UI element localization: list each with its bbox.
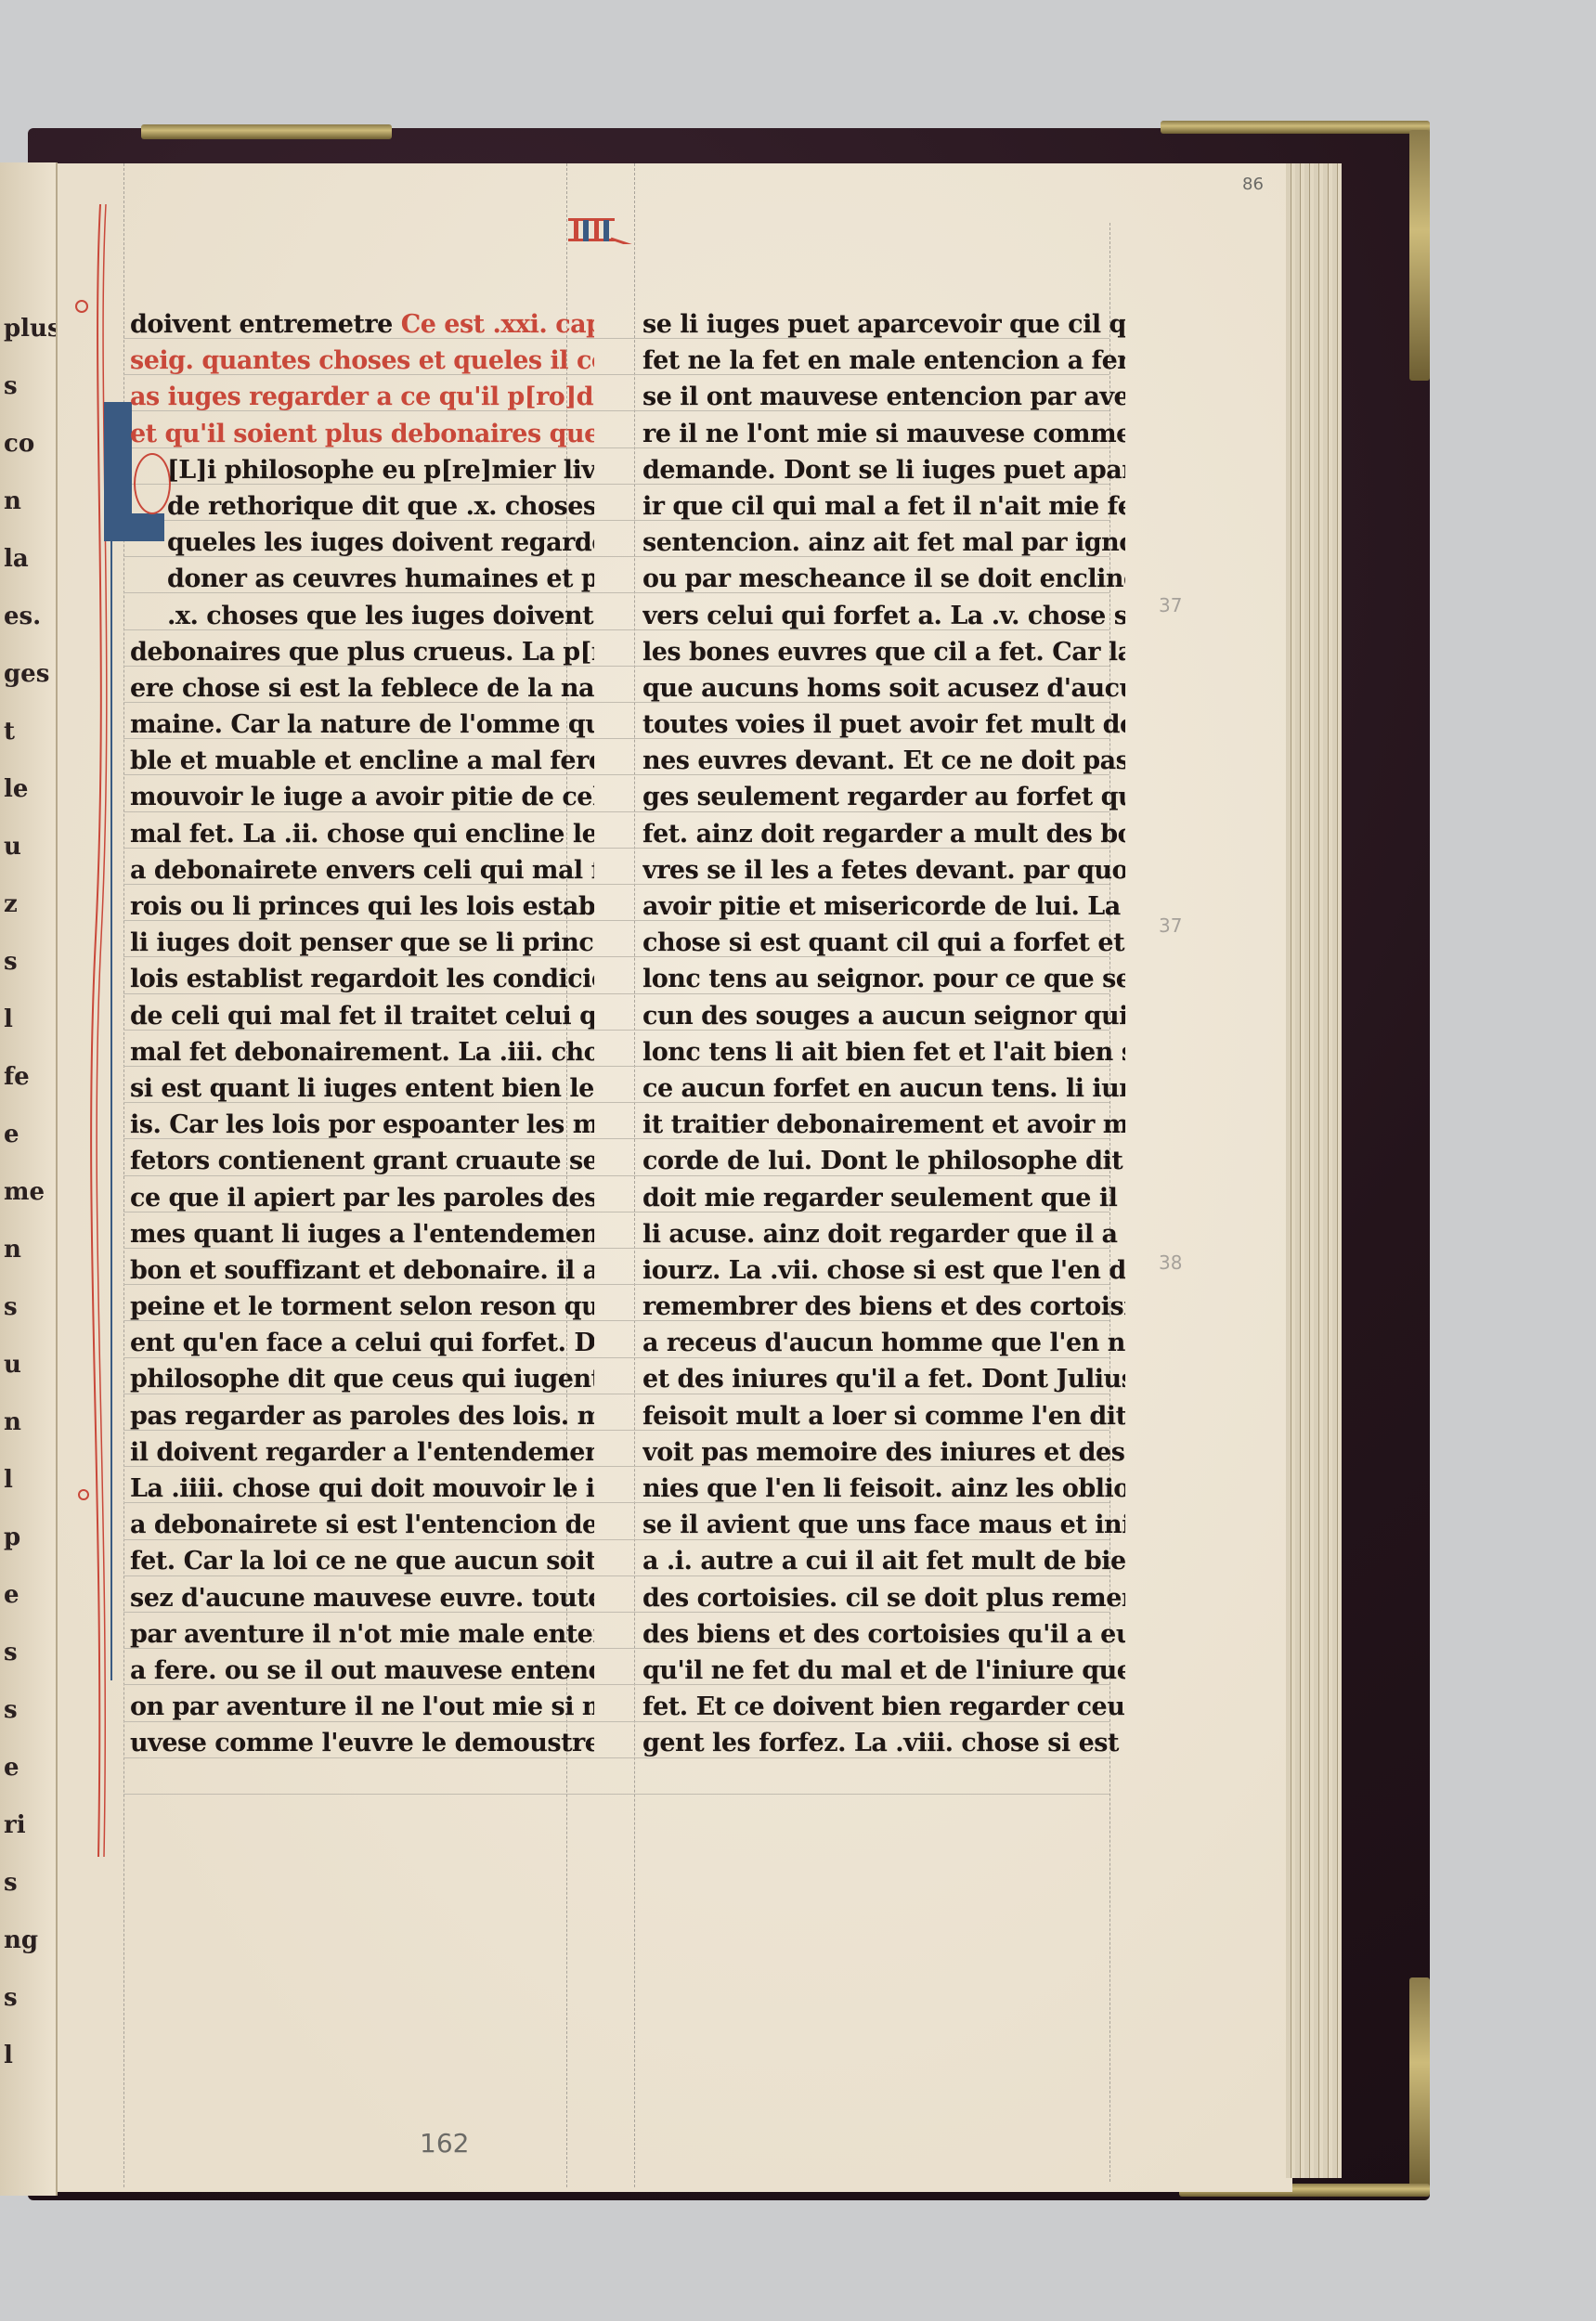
text-line: doit mie regarder seulement que il est c… bbox=[642, 1180, 1125, 1216]
text-line: ble et muable et encline a mal fere doit bbox=[130, 743, 594, 779]
metal-corner-right-upper bbox=[1409, 130, 1430, 381]
text-line: lonc tens li ait bien fet et l'ait bien … bbox=[642, 1034, 1125, 1070]
text-line: nies que l'en li feisoit. ainz les oblio… bbox=[642, 1471, 1125, 1507]
facing-page-text: ges bbox=[4, 656, 56, 692]
text-column-right: se li iuges puet aparcevoir que cil qui … bbox=[642, 306, 1125, 1762]
facing-page-text: fe bbox=[4, 1059, 56, 1095]
text-line: avoir pitie et misericorde de lui. La .v… bbox=[642, 888, 1125, 925]
text-line: fet ne la fet en male entencion a fere. … bbox=[642, 343, 1125, 379]
facing-page-text: p bbox=[4, 1520, 56, 1555]
text-line: feisoit mult a loer si comme l'en dit. C… bbox=[642, 1398, 1125, 1434]
folio-number-top: 86 bbox=[1242, 175, 1264, 194]
text-line: vres se il les a fetes devant. par quoi … bbox=[642, 852, 1125, 888]
facing-page-text: z bbox=[4, 887, 56, 922]
text-line: vers celui qui forfet a. La .v. chose si… bbox=[642, 598, 1125, 634]
text-line: nes euvres devant. Et ce ne doit pas le … bbox=[642, 743, 1125, 779]
facing-page-text: n bbox=[4, 484, 56, 519]
chapter-number-mark bbox=[568, 216, 633, 244]
text-line: philosophe dit que ceus qui iugent ne do… bbox=[130, 1361, 594, 1397]
text-line: mal fet. La .ii. chose qui encline le iu… bbox=[130, 816, 594, 852]
text-line: fet. ainz doit regarder a mult des bones… bbox=[642, 816, 1125, 852]
text-line: remembrer des biens et des cortoisies qu… bbox=[642, 1289, 1125, 1325]
text-line: fetors contienent grant cruaute selon bbox=[130, 1143, 594, 1179]
text-line: sentencion. ainz ait fet mal par ignoran… bbox=[642, 525, 1125, 561]
text-line: chose si est quant cil qui a forfet et s… bbox=[642, 925, 1125, 961]
text-line: ir que cil qui mal a fet il n'ait mie fe… bbox=[642, 488, 1125, 525]
facing-page-text: s bbox=[4, 1865, 56, 1900]
text-line: se li iuges puet aparcevoir que cil qui … bbox=[642, 306, 1125, 343]
text-line: a .i. autre a cui il ait fet mult de bie… bbox=[642, 1543, 1125, 1579]
folio-number-bottom: 162 bbox=[420, 2128, 469, 2159]
text-line: ent qu'en face a celui qui forfet. Dont … bbox=[130, 1325, 594, 1361]
text-line: des biens et des cortoisies qu'il a eu d… bbox=[642, 1616, 1125, 1653]
text-line: ce aucun forfet en aucun tens. li iures … bbox=[642, 1070, 1125, 1107]
facing-page-text: le bbox=[4, 772, 56, 807]
facing-page-text: u bbox=[4, 1347, 56, 1382]
text-line: it traitier debonairement et avoir miser… bbox=[642, 1107, 1125, 1143]
page-edges bbox=[1286, 163, 1342, 2178]
text-line: maine. Car la nature de l'omme qui est f… bbox=[130, 707, 594, 743]
text-line: rois ou li princes qui les lois establis… bbox=[130, 888, 594, 925]
metal-corner-top-right bbox=[1161, 121, 1430, 134]
facing-page-text: l bbox=[4, 1002, 56, 1037]
text-line: mes quant li iuges a l'entendement de la… bbox=[130, 1216, 594, 1252]
facing-page-text: l bbox=[4, 2038, 56, 2073]
text-line: re il ne l'ont mie si mauvese comme l'eu… bbox=[642, 416, 1125, 452]
text-line: seig. quantes choses et queles il convie… bbox=[130, 343, 594, 379]
facing-page-text: plus bbox=[4, 311, 56, 346]
text-line: se il ont mauvese entencion par aventu bbox=[642, 379, 1125, 415]
text-line: des cortoisies. cil se doit plus remembr… bbox=[642, 1580, 1125, 1616]
text-line: mouvoir le iuge a avoir pitie de celi qu… bbox=[130, 779, 594, 815]
facing-page-text: u bbox=[4, 829, 56, 864]
facing-page-text: s bbox=[4, 1692, 56, 1728]
text-line: pas regarder as paroles des lois. mes bbox=[130, 1398, 594, 1434]
text-line: on par aventure il ne l'out mie si ma bbox=[130, 1689, 594, 1725]
facing-page-text: e bbox=[4, 1750, 56, 1785]
facing-page-text: s bbox=[4, 1635, 56, 1670]
facing-page-text: s bbox=[4, 1290, 56, 1325]
facing-page-text: n bbox=[4, 1232, 56, 1267]
text-line: queles les iuges doivent regarder par bbox=[130, 525, 594, 561]
text-line: debonaires que plus crueus. La p[re]mi bbox=[130, 634, 594, 670]
text-line: lois establist regardoit les condicions bbox=[130, 961, 594, 997]
text-line: li iuges doit penser que se li princes q… bbox=[130, 925, 594, 961]
text-line: a debonairete envers celi qui mal fet si… bbox=[130, 852, 594, 888]
text-line: toutes voies il puet avoir fet mult de b… bbox=[642, 707, 1125, 743]
facing-page-text: la bbox=[4, 541, 56, 577]
facing-page-text: t bbox=[4, 714, 56, 749]
facing-page-text: me bbox=[4, 1174, 56, 1210]
facing-page-text: l bbox=[4, 1462, 56, 1498]
text-line: a fere. ou se il out mauvese entenci bbox=[130, 1653, 594, 1689]
facing-page-text: e bbox=[4, 1117, 56, 1152]
text-line: se il avient que uns face maus et iniure… bbox=[642, 1507, 1125, 1543]
text-line: is. Car les lois por espoanter les mau bbox=[130, 1107, 594, 1143]
facing-page-text: ng bbox=[4, 1923, 56, 1958]
text-line: .x. choses que les iuges doivent estre p… bbox=[130, 598, 594, 634]
facing-page-text: ri bbox=[4, 1808, 56, 1843]
facing-page-text: s bbox=[4, 944, 56, 979]
margin-note-1: 37 bbox=[1159, 594, 1182, 616]
text-line: cun des souges a aucun seignor qui par m… bbox=[642, 998, 1125, 1034]
text-line: a debonairete si est l'entencion de celi… bbox=[130, 1507, 594, 1543]
facing-page-text: e bbox=[4, 1577, 56, 1613]
text-line: [L]i philosophe eu p[re]mier livre crueu… bbox=[130, 452, 594, 488]
text-line: a receus d'aucun homme que l'en ne fet d… bbox=[642, 1325, 1125, 1361]
text-line: voit pas memoire des iniures et des vile bbox=[642, 1434, 1125, 1471]
text-line: peine et le torment selon reson que les … bbox=[130, 1289, 594, 1325]
text-line: ce que il apiert par les paroles des loi… bbox=[130, 1180, 594, 1216]
text-line: ges seulement regarder au forfet qu'il a bbox=[642, 779, 1125, 815]
text-line: doivent entremetre Ce est .xxi. cap. en bbox=[130, 306, 594, 343]
text-line: fet. Et ce doivent bien regarder ceus qu… bbox=[642, 1689, 1125, 1725]
text-line: bon et souffizant et debonaire. il apele… bbox=[130, 1252, 594, 1289]
text-line: doner as ceuvres humaines et prevuent ce… bbox=[130, 561, 594, 597]
text-line: mal fet debonairement. La .iii. chose bbox=[130, 1034, 594, 1070]
facing-page-text: s bbox=[4, 369, 56, 404]
metal-corner-top-left bbox=[141, 124, 392, 139]
text-line: as iuges regarder a ce qu'il p[ro]dignen… bbox=[130, 379, 594, 415]
facing-page-fragment: plussconlaes.gestleuzslfeemensunlpesseri… bbox=[0, 162, 58, 2196]
text-line: ere chose si est la feblece de la nature… bbox=[130, 670, 594, 707]
text-line: fet. Car la loi ce ne que aucun soit a c… bbox=[130, 1543, 594, 1579]
text-column-left: doivent entremetre Ce est .xxi. cap. ens… bbox=[130, 306, 594, 1762]
text-line: demande. Dont se li iuges puet aparcevo bbox=[642, 452, 1125, 488]
text-line: li acuse. ainz doit regarder que il a es… bbox=[642, 1216, 1125, 1252]
text-line: ou par mescheance il se doit encliner en bbox=[642, 561, 1125, 597]
text-line: les bones euvres que cil a fet. Car la l… bbox=[642, 634, 1125, 670]
facing-page-text: co bbox=[4, 426, 56, 461]
metal-corner-right-lower bbox=[1409, 1977, 1430, 2191]
text-line: par aventure il n'ot mie male entencion bbox=[130, 1616, 594, 1653]
margin-note-3: 38 bbox=[1159, 1251, 1182, 1274]
facing-page-text: es. bbox=[4, 599, 56, 634]
facing-page-text: n bbox=[4, 1405, 56, 1440]
text-line: et des iniures qu'il a fet. Dont Julius … bbox=[642, 1361, 1125, 1397]
text-line: iourz. La .vii. chose si est que l'en do… bbox=[642, 1252, 1125, 1289]
facing-page-text: s bbox=[4, 1980, 56, 2016]
text-line: de rethorique dit que .x. choses sont as bbox=[130, 488, 594, 525]
text-line: lonc tens au seignor. pour ce que se il … bbox=[642, 961, 1125, 997]
text-line: que aucuns homs soit acusez d'aucun forf… bbox=[642, 670, 1125, 707]
ruling-line bbox=[123, 1794, 1109, 1795]
text-line: La .iiii. chose qui doit mouvoir le iuge bbox=[130, 1471, 594, 1507]
text-line: si est quant li iuges entent bien les lo bbox=[130, 1070, 594, 1107]
text-line: qu'il ne fet du mal et de l'iniure que c… bbox=[642, 1653, 1125, 1689]
text-line: de celi qui mal fet il traitet celui qui bbox=[130, 998, 594, 1034]
text-line: sez d'aucune mauvese euvre. toute voies bbox=[130, 1580, 594, 1616]
text-line: il doivent regarder a l'entendement des … bbox=[130, 1434, 594, 1471]
text-line: corde de lui. Dont le philosophe dit que… bbox=[642, 1143, 1125, 1179]
text-line: uvese comme l'euvre le demoustre. Dont bbox=[130, 1725, 594, 1761]
text-line: gent les forfez. La .viii. chose si est … bbox=[642, 1725, 1125, 1761]
text-line: et qu'il soient plus debonaires que plus bbox=[130, 416, 594, 452]
margin-note-2: 37 bbox=[1159, 914, 1182, 937]
